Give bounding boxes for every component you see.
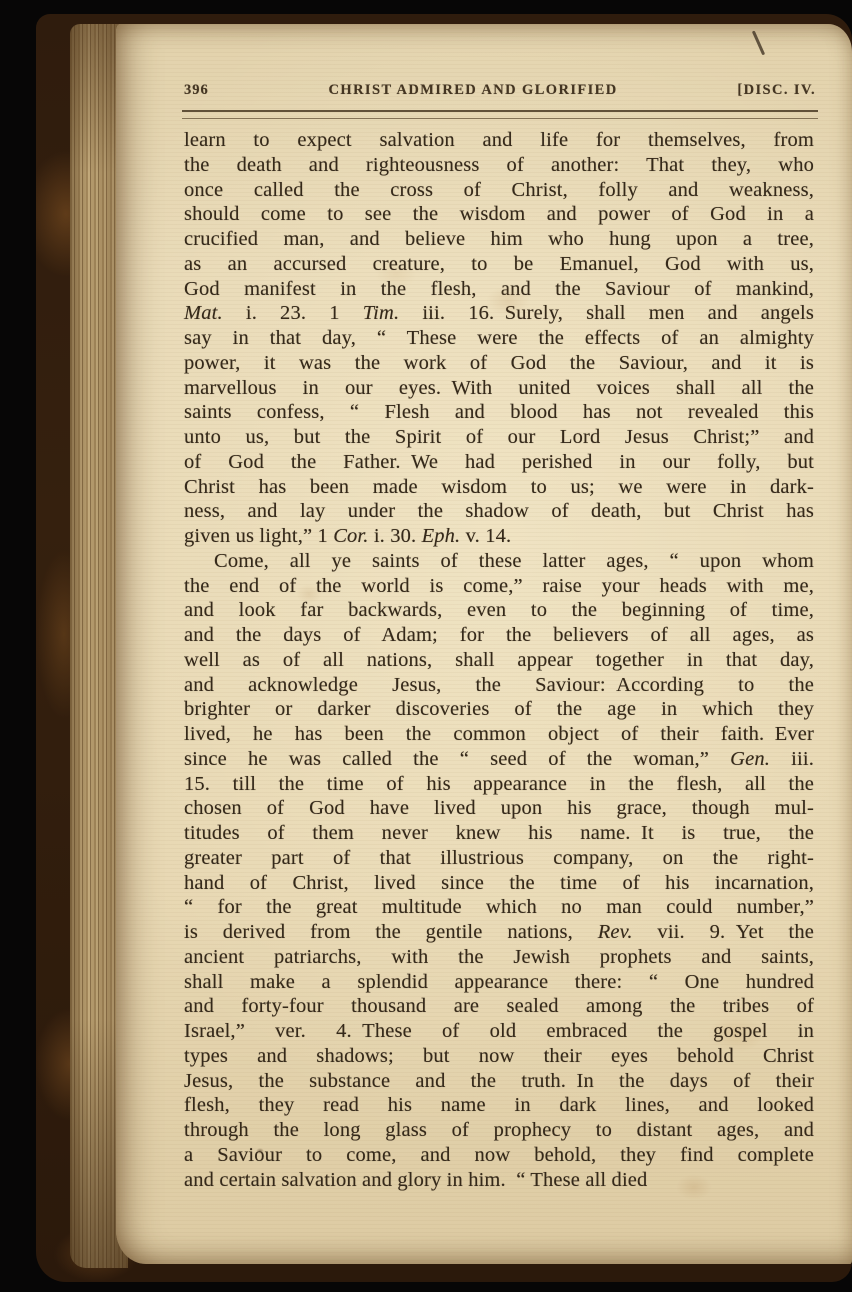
text-line: lived, he has been the common object of …: [184, 722, 814, 747]
text-segment: Israel,” ver. 4. These of old embraced t…: [184, 1020, 814, 1042]
text-segment: i. 30.: [369, 525, 422, 547]
text-segment: is derived from the gentile nations,: [184, 921, 598, 943]
scripture-reference: Cor.: [333, 525, 368, 547]
text-segment: lived, he has been the common object of …: [184, 723, 814, 745]
scripture-reference: Tim.: [363, 302, 400, 324]
text-segment: iii. 16. Surely, shall men and angels: [399, 302, 814, 324]
text-segment: a Saviour to come, and now behold, they …: [184, 1144, 814, 1166]
text-segment: “ for the great multitude which no man c…: [184, 896, 814, 918]
text-line: the end of the world is come,” raise you…: [184, 574, 814, 599]
text-line: and the days of Adam; for the believers …: [184, 623, 814, 648]
text-line: the death and righteousness of another: …: [184, 153, 814, 178]
text-line: a Saviour to come, and now behold, they …: [184, 1143, 814, 1168]
double-rule: [182, 110, 818, 119]
paragraph: learn to expect salvation and life for t…: [184, 128, 814, 549]
text-segment: brighter or darker discoveries of the ag…: [184, 698, 814, 720]
text-segment: marvellous in our eyes. With united voic…: [184, 377, 814, 399]
text-segment: and acknowledge Jesus, the Saviour: Acco…: [184, 674, 814, 696]
text-line: Come, all ye saints of these latter ages…: [184, 549, 814, 574]
text-segment: Come, all ye saints of these latter ages…: [214, 550, 814, 572]
text-line: 15. till the time of his appearance in t…: [184, 772, 814, 797]
running-title: CHRIST ADMIRED AND GLORIFIED: [329, 82, 618, 99]
text-segment: Jesus, the substance and the truth. In t…: [184, 1070, 814, 1092]
text-line: and forty-four thousand are sealed among…: [184, 994, 814, 1019]
scripture-reference: Eph.: [422, 525, 461, 547]
running-header: 396 CHRIST ADMIRED AND GLORIFIED [DISC. …: [184, 82, 816, 99]
text-line: and look far backwards, even to the begi…: [184, 598, 814, 623]
text-segment: and certain salvation and glory in him. …: [184, 1169, 647, 1191]
text-line: since he was called the “ seed of the wo…: [184, 747, 814, 772]
text-segment: since he was called the “ seed of the wo…: [184, 748, 730, 770]
text-line: types and shadows; but now their eyes be…: [184, 1044, 814, 1069]
text-segment: say in that day, “ These were the effect…: [184, 327, 814, 349]
scripture-reference: Gen.: [730, 748, 770, 770]
text-line: brighter or darker discoveries of the ag…: [184, 697, 814, 722]
text-segment: vii. 9. Yet the: [633, 921, 814, 943]
text-line: greater part of that illustrious company…: [184, 846, 814, 871]
text-line: unto us, but the Spirit of our Lord Jesu…: [184, 425, 814, 450]
text-line: chosen of God have lived upon his grace,…: [184, 796, 814, 821]
text-segment: ness, and lay under the shadow of death,…: [184, 500, 814, 522]
page-text: learn to expect salvation and life for t…: [184, 128, 814, 1192]
text-line: as an accursed creature, to be Emanuel, …: [184, 252, 814, 277]
text-line: and certain salvation and glory in him. …: [184, 1168, 814, 1193]
text-segment: v. 14.: [460, 525, 511, 547]
text-segment: chosen of God have lived upon his grace,…: [184, 797, 814, 819]
text-line: saints confess, “ Flesh and blood has no…: [184, 400, 814, 425]
text-line: once called the cross of Christ, folly a…: [184, 178, 814, 203]
text-line: ness, and lay under the shadow of death,…: [184, 499, 814, 524]
text-segment: greater part of that illustrious company…: [184, 847, 814, 869]
text-segment: crucified man, and believe him who hung …: [184, 228, 814, 250]
text-line: crucified man, and believe him who hung …: [184, 227, 814, 252]
text-segment: Christ has been made wisdom to us; we we…: [184, 476, 814, 498]
text-segment: saints confess, “ Flesh and blood has no…: [184, 401, 814, 423]
book-page: 396 CHRIST ADMIRED AND GLORIFIED [DISC. …: [116, 24, 852, 1264]
paragraph: Come, all ye saints of these latter ages…: [184, 549, 814, 1193]
text-segment: should come to see the wisdom and power …: [184, 203, 814, 225]
text-segment: well as of all nations, shall appear tog…: [184, 649, 814, 671]
text-line: flesh, they read his name in dark lines,…: [184, 1093, 814, 1118]
text-line: is derived from the gentile nations, Rev…: [184, 920, 814, 945]
text-segment: 15. till the time of his appearance in t…: [184, 773, 814, 795]
text-segment: unto us, but the Spirit of our Lord Jesu…: [184, 426, 814, 448]
text-line: Israel,” ver. 4. These of old embraced t…: [184, 1019, 814, 1044]
text-segment: God manifest in the flesh, and the Savio…: [184, 278, 814, 300]
text-line: learn to expect salvation and life for t…: [184, 128, 814, 153]
discourse-label: [DISC. IV.: [737, 82, 816, 99]
ink-speck: [256, 1148, 264, 1154]
text-line: power, it was the work of God the Saviou…: [184, 351, 814, 376]
text-segment: and the days of Adam; for the believers …: [184, 624, 814, 646]
text-segment: ancient patriarchs, with the Jewish prop…: [184, 946, 814, 968]
text-segment: types and shadows; but now their eyes be…: [184, 1045, 814, 1067]
text-segment: once called the cross of Christ, folly a…: [184, 179, 814, 201]
text-line: should come to see the wisdom and power …: [184, 202, 814, 227]
text-segment: and look far backwards, even to the begi…: [184, 599, 814, 621]
text-segment: as an accursed creature, to be Emanuel, …: [184, 253, 814, 275]
text-line: given us light,” 1 Cor. i. 30. Eph. v. 1…: [184, 524, 814, 549]
text-line: ancient patriarchs, with the Jewish prop…: [184, 945, 814, 970]
text-segment: hand of Christ, lived since the time of …: [184, 872, 814, 894]
text-segment: of God the Father. We had perished in ou…: [184, 451, 814, 473]
text-segment: shall make a splendid appearance there: …: [184, 971, 814, 993]
book-photo: 396 CHRIST ADMIRED AND GLORIFIED [DISC. …: [0, 0, 852, 1292]
text-line: and acknowledge Jesus, the Saviour: Acco…: [184, 673, 814, 698]
text-segment: through the long glass of prophecy to di…: [184, 1119, 814, 1141]
pen-mark: [752, 31, 765, 56]
text-line: well as of all nations, shall appear tog…: [184, 648, 814, 673]
text-line: hand of Christ, lived since the time of …: [184, 871, 814, 896]
text-segment: the end of the world is come,” raise you…: [184, 575, 814, 597]
text-line: titudes of them never knew his name. It …: [184, 821, 814, 846]
scripture-reference: Mat.: [184, 302, 223, 324]
text-line: “ for the great multitude which no man c…: [184, 895, 814, 920]
text-segment: i. 23. 1: [223, 302, 363, 324]
text-line: Christ has been made wisdom to us; we we…: [184, 475, 814, 500]
scripture-reference: Rev.: [598, 921, 633, 943]
text-line: of God the Father. We had perished in ou…: [184, 450, 814, 475]
text-line: say in that day, “ These were the effect…: [184, 326, 814, 351]
text-line: God manifest in the flesh, and the Savio…: [184, 277, 814, 302]
text-segment: titudes of them never knew his name. It …: [184, 822, 814, 844]
text-segment: and forty-four thousand are sealed among…: [184, 995, 814, 1017]
text-segment: iii.: [770, 748, 814, 770]
page-number: 396: [184, 82, 209, 99]
text-segment: the death and righteousness of another: …: [184, 154, 814, 176]
text-segment: given us light,” 1: [184, 525, 333, 547]
text-line: shall make a splendid appearance there: …: [184, 970, 814, 995]
text-line: through the long glass of prophecy to di…: [184, 1118, 814, 1143]
text-segment: learn to expect salvation and life for t…: [184, 129, 814, 151]
text-line: marvellous in our eyes. With united voic…: [184, 376, 814, 401]
text-line: Jesus, the substance and the truth. In t…: [184, 1069, 814, 1094]
text-line: Mat. i. 23. 1 Tim. iii. 16. Surely, shal…: [184, 301, 814, 326]
text-segment: flesh, they read his name in dark lines,…: [184, 1094, 814, 1116]
text-segment: power, it was the work of God the Saviou…: [184, 352, 814, 374]
